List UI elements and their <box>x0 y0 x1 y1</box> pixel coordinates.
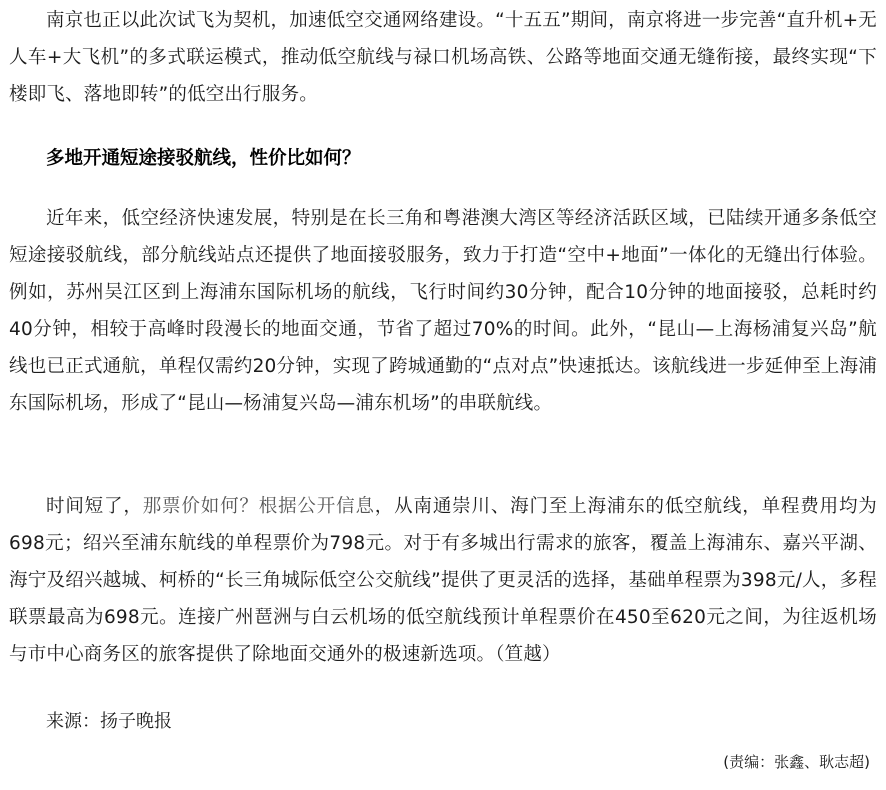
article-paragraph-2: 近年来，低空经济快速发展，特别是在长三角和粤港澳大湾区等经济活跃区域，已陆续开通… <box>9 200 877 422</box>
article-paragraph-3: 时间短了，那票价如何？根据公开信息，从南通崇川、海门至上海浦东的低空航线，单程费… <box>9 488 877 673</box>
article-source: 来源：扬子晚报 <box>46 703 172 740</box>
paragraph-3-lead: 时间短了， <box>46 496 143 517</box>
paragraph-3-rest: ，从南通崇川、海门至上海浦东的低空航线，单程费用均为698元；绍兴至浦东航线的单… <box>9 496 877 665</box>
article-body: 南京也正以此次试飞为契机，加速低空交通网络建设。“十五五”期间，南京将进一步完善… <box>0 0 886 790</box>
article-paragraph-1: 南京也正以此次试飞为契机，加速低空交通网络建设。“十五五”期间，南京将进一步完善… <box>9 2 877 113</box>
paragraph-3-muted: 那票价如何？根据公开信息 <box>143 496 375 517</box>
editor-credit: (责编：张鑫、耿志超) <box>723 748 870 776</box>
section-heading: 多地开通短途接驳航线，性价比如何？ <box>46 140 361 177</box>
